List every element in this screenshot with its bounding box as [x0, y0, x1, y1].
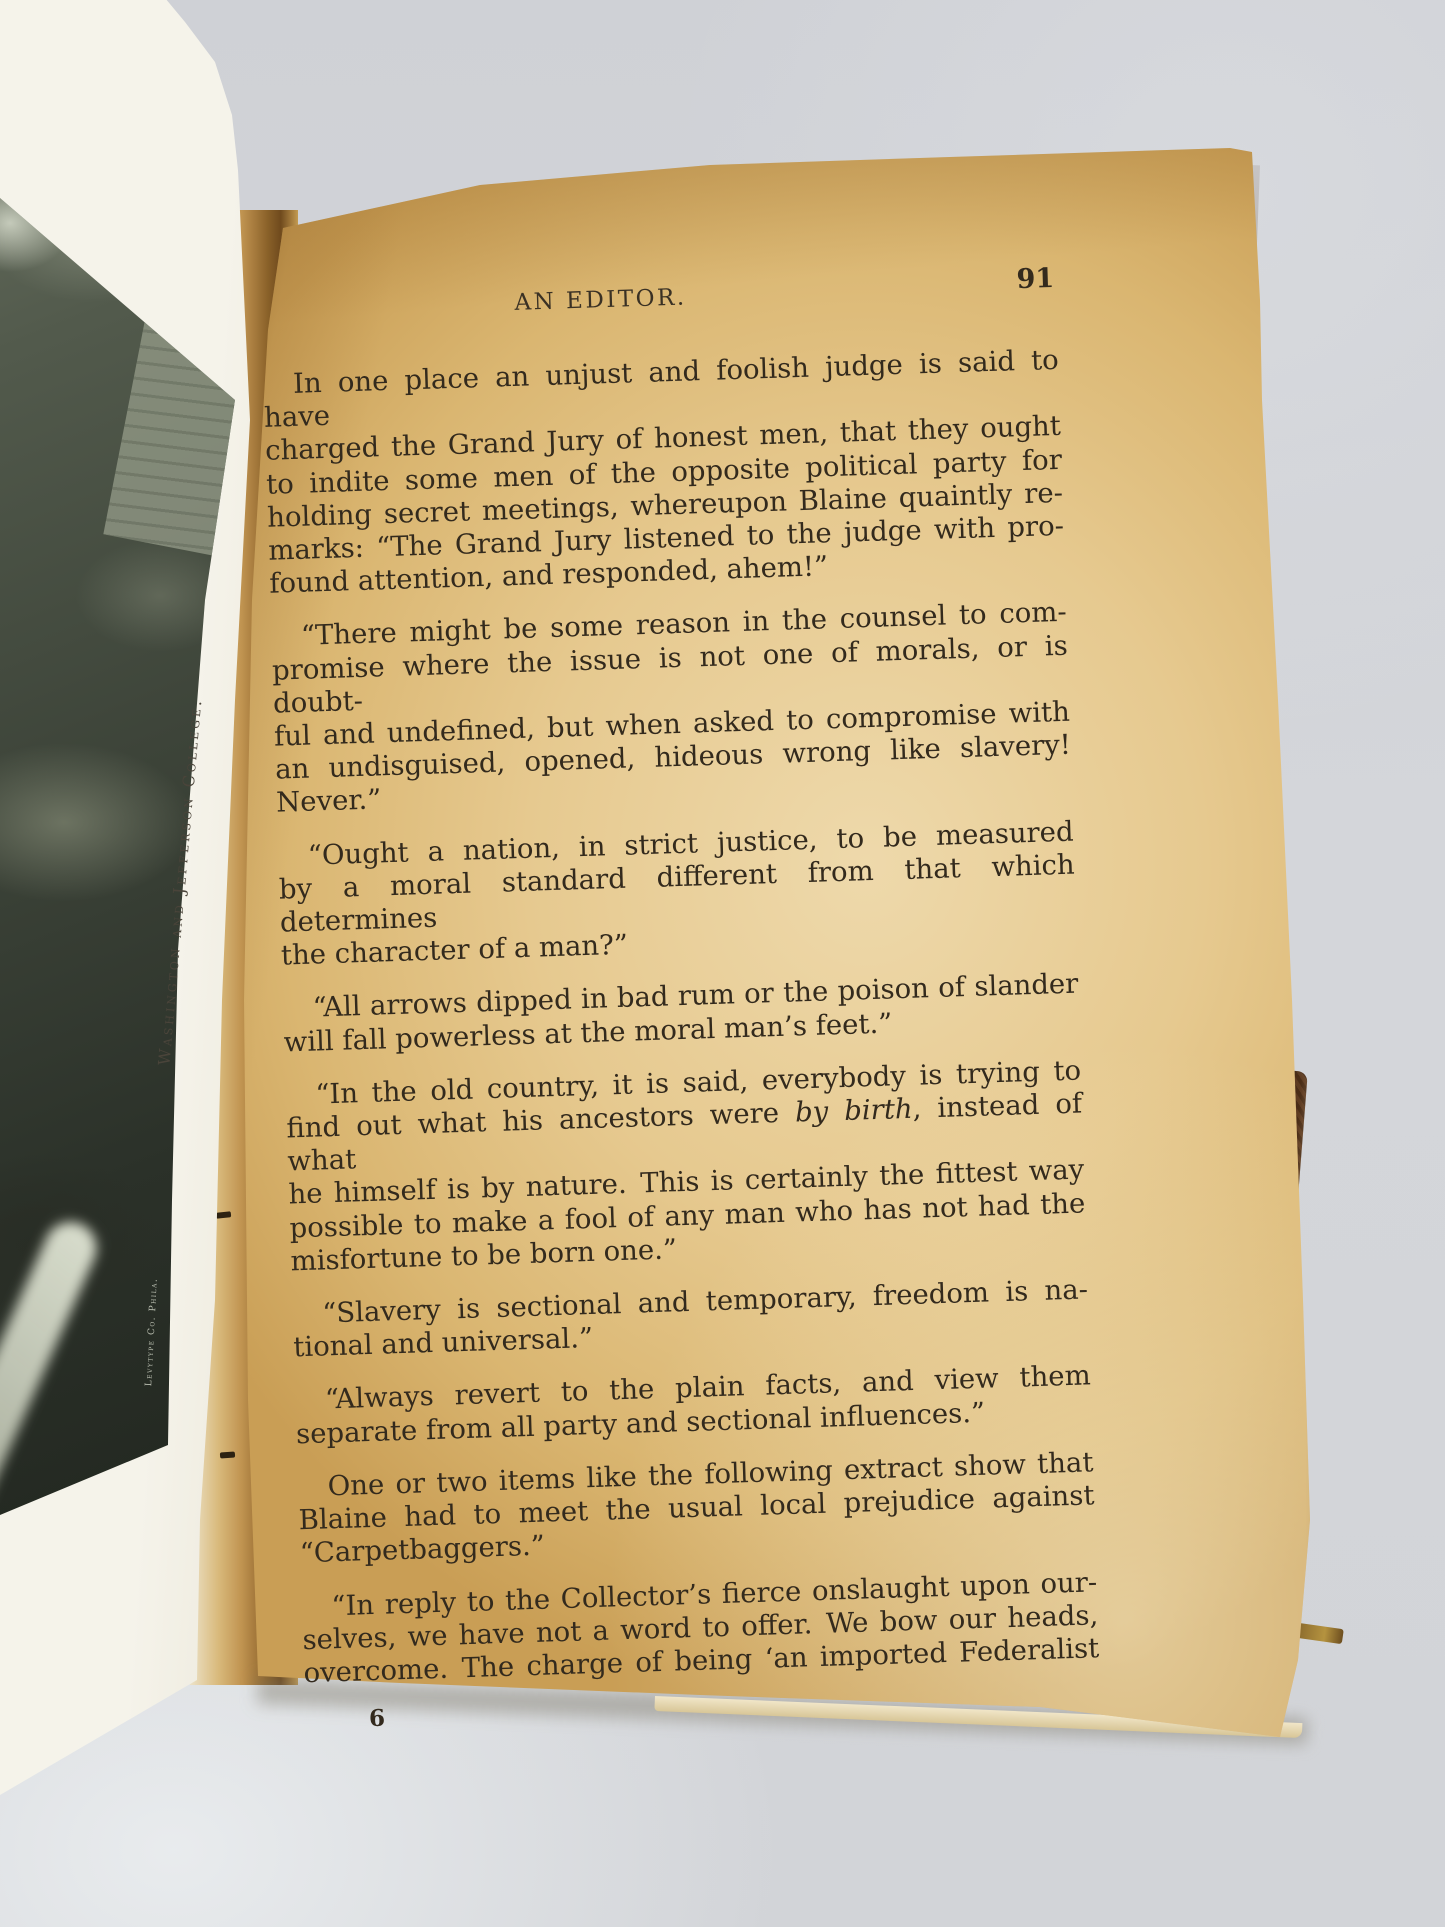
page-text-block: AN EDITOR. 91 In one place an unjust and…	[260, 270, 1101, 1738]
paragraph: “In reply to the Collector’s fierce onsl…	[301, 1566, 1100, 1691]
paragraph: “There might be some reason in the couns…	[271, 596, 1073, 820]
walkway-highlight	[0, 1214, 105, 1537]
open-book-photograph: Levytype Co. Phila. Washington and Jeffe…	[0, 0, 1445, 1927]
paragraph: “Ought a nation, in strict justice, to b…	[277, 815, 1077, 973]
paragraph: “All arrows dipped in bad rum or the poi…	[282, 968, 1080, 1059]
paragraph: In one place an unjust and foolish judge…	[263, 344, 1066, 601]
binding-stitch	[220, 1451, 235, 1458]
page-number: 91	[1016, 262, 1055, 296]
paragraph: One or two items like the following extr…	[297, 1446, 1096, 1571]
paragraph: “In the old country, it is said, everybo…	[285, 1054, 1087, 1278]
paragraphs: In one place an unjust and foolish judge…	[263, 344, 1100, 1690]
paragraph: “Slavery is sectional and temporary, fre…	[292, 1273, 1090, 1364]
paragraph: “Always revert to the plain facts, and v…	[295, 1360, 1093, 1451]
